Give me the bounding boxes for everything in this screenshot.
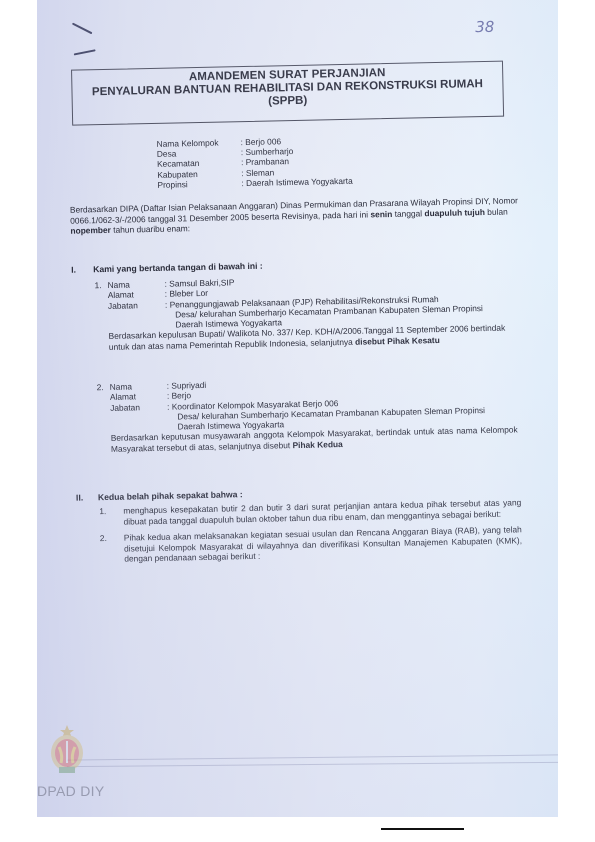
party-2: 2.Nama: Supriyadi Alamat: Berjo Jabatan:…	[97, 373, 518, 454]
scanner-footer-line	[381, 828, 464, 830]
section-1-heading: I.Kami yang bertanda tangan di bawah ini…	[71, 261, 263, 275]
handwritten-page-number: 38	[475, 18, 494, 36]
identity-block: Nama Kelompok: Berjo 006 Desa: Sumberhar…	[157, 135, 353, 190]
pen-mark	[72, 23, 93, 35]
section-2-list: 1. menghapus kesepakatan butir 2 dan but…	[99, 497, 522, 564]
emblem-logo-icon	[49, 725, 85, 777]
document-title-box: AMANDEMEN SURAT PERJANJIAN PENYALURAN BA…	[71, 61, 504, 126]
watermark-text: DPAD DIY	[37, 783, 105, 799]
intro-paragraph: Berdasarkan DIPA (Daftar Isian Pelaksana…	[70, 195, 519, 236]
list-item: 1. menghapus kesepakatan butir 2 dan but…	[99, 497, 521, 527]
section-2-heading: II.Kedua belah pihak sepakat bahwa :	[76, 489, 243, 502]
list-item: 2. Pihak kedua akan melaksanakan kegiata…	[100, 524, 523, 564]
party-1: 1.Nama: Samsul Bakri,SIP Alamat: Bleber …	[94, 271, 515, 352]
page-content: 38 AMANDEMEN SURAT PERJANJIAN PENYALURAN…	[37, 0, 558, 817]
scanned-page: 38 AMANDEMEN SURAT PERJANJIAN PENYALURAN…	[37, 0, 558, 817]
pen-mark	[74, 49, 96, 55]
